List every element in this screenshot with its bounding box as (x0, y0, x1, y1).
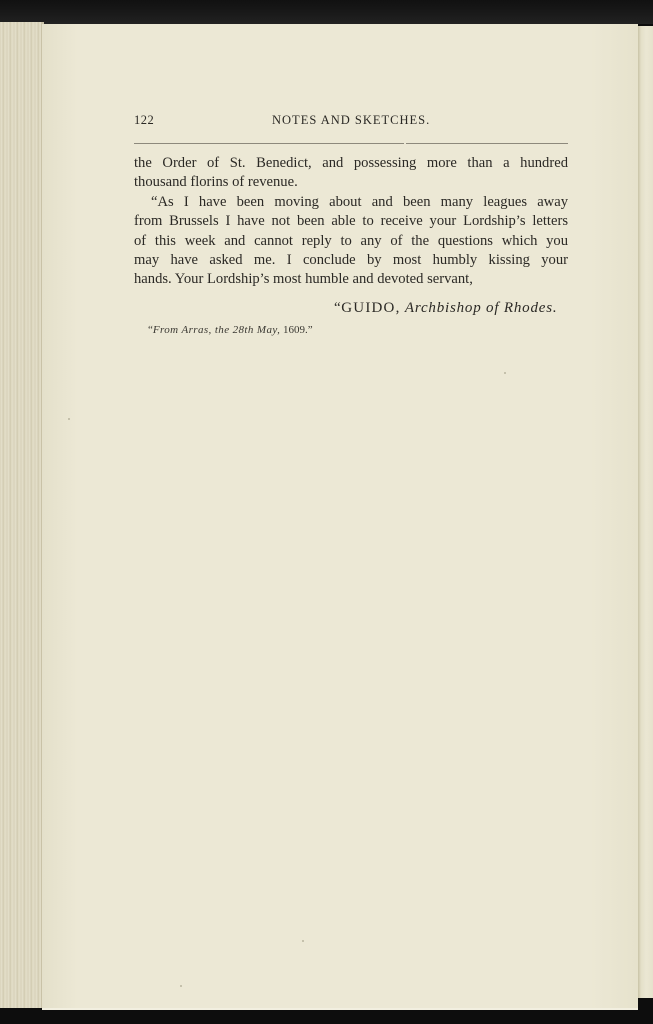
signature: “GUIDO, Archbishop of Rhodes. (334, 300, 557, 317)
signature-title: Archbishop of Rhodes. (405, 300, 557, 316)
paper-speck (504, 372, 506, 374)
scan-background (0, 0, 653, 24)
header-rule-left (134, 143, 404, 144)
body-text: the Order of St. Benedict, and possessin… (134, 154, 568, 290)
page-number: 122 (134, 113, 154, 128)
paper-speck (302, 940, 304, 942)
page-edges-left (0, 22, 44, 1008)
dateline-place: From Arras, the 28th May, (153, 324, 280, 336)
text-line: of this week and cannot reply to any of … (134, 232, 568, 251)
text-line: “As I have been moving about and been ma… (134, 193, 568, 212)
page-edge-right (638, 26, 653, 998)
dateline-year: 1609.” (283, 324, 313, 336)
text-line: thousand florins of revenue. (134, 173, 568, 192)
paper-speck (180, 985, 182, 987)
signature-name: GUIDO, (341, 300, 400, 316)
text-line: hands. Your Lordship’s most humble and d… (134, 270, 568, 289)
header-rule-right (406, 143, 568, 144)
paper-speck (68, 418, 70, 420)
running-head: NOTES AND SKETCHES. (272, 113, 430, 128)
text-line: may have asked me. I conclude by most hu… (134, 251, 568, 270)
text-line: from Brussels I have not been able to re… (134, 212, 568, 231)
dateline: “From Arras, the 28th May, 1609.” (148, 324, 313, 336)
text-line: the Order of St. Benedict, and possessin… (134, 154, 568, 173)
page-header: 122 NOTES AND SKETCHES. (134, 113, 568, 131)
